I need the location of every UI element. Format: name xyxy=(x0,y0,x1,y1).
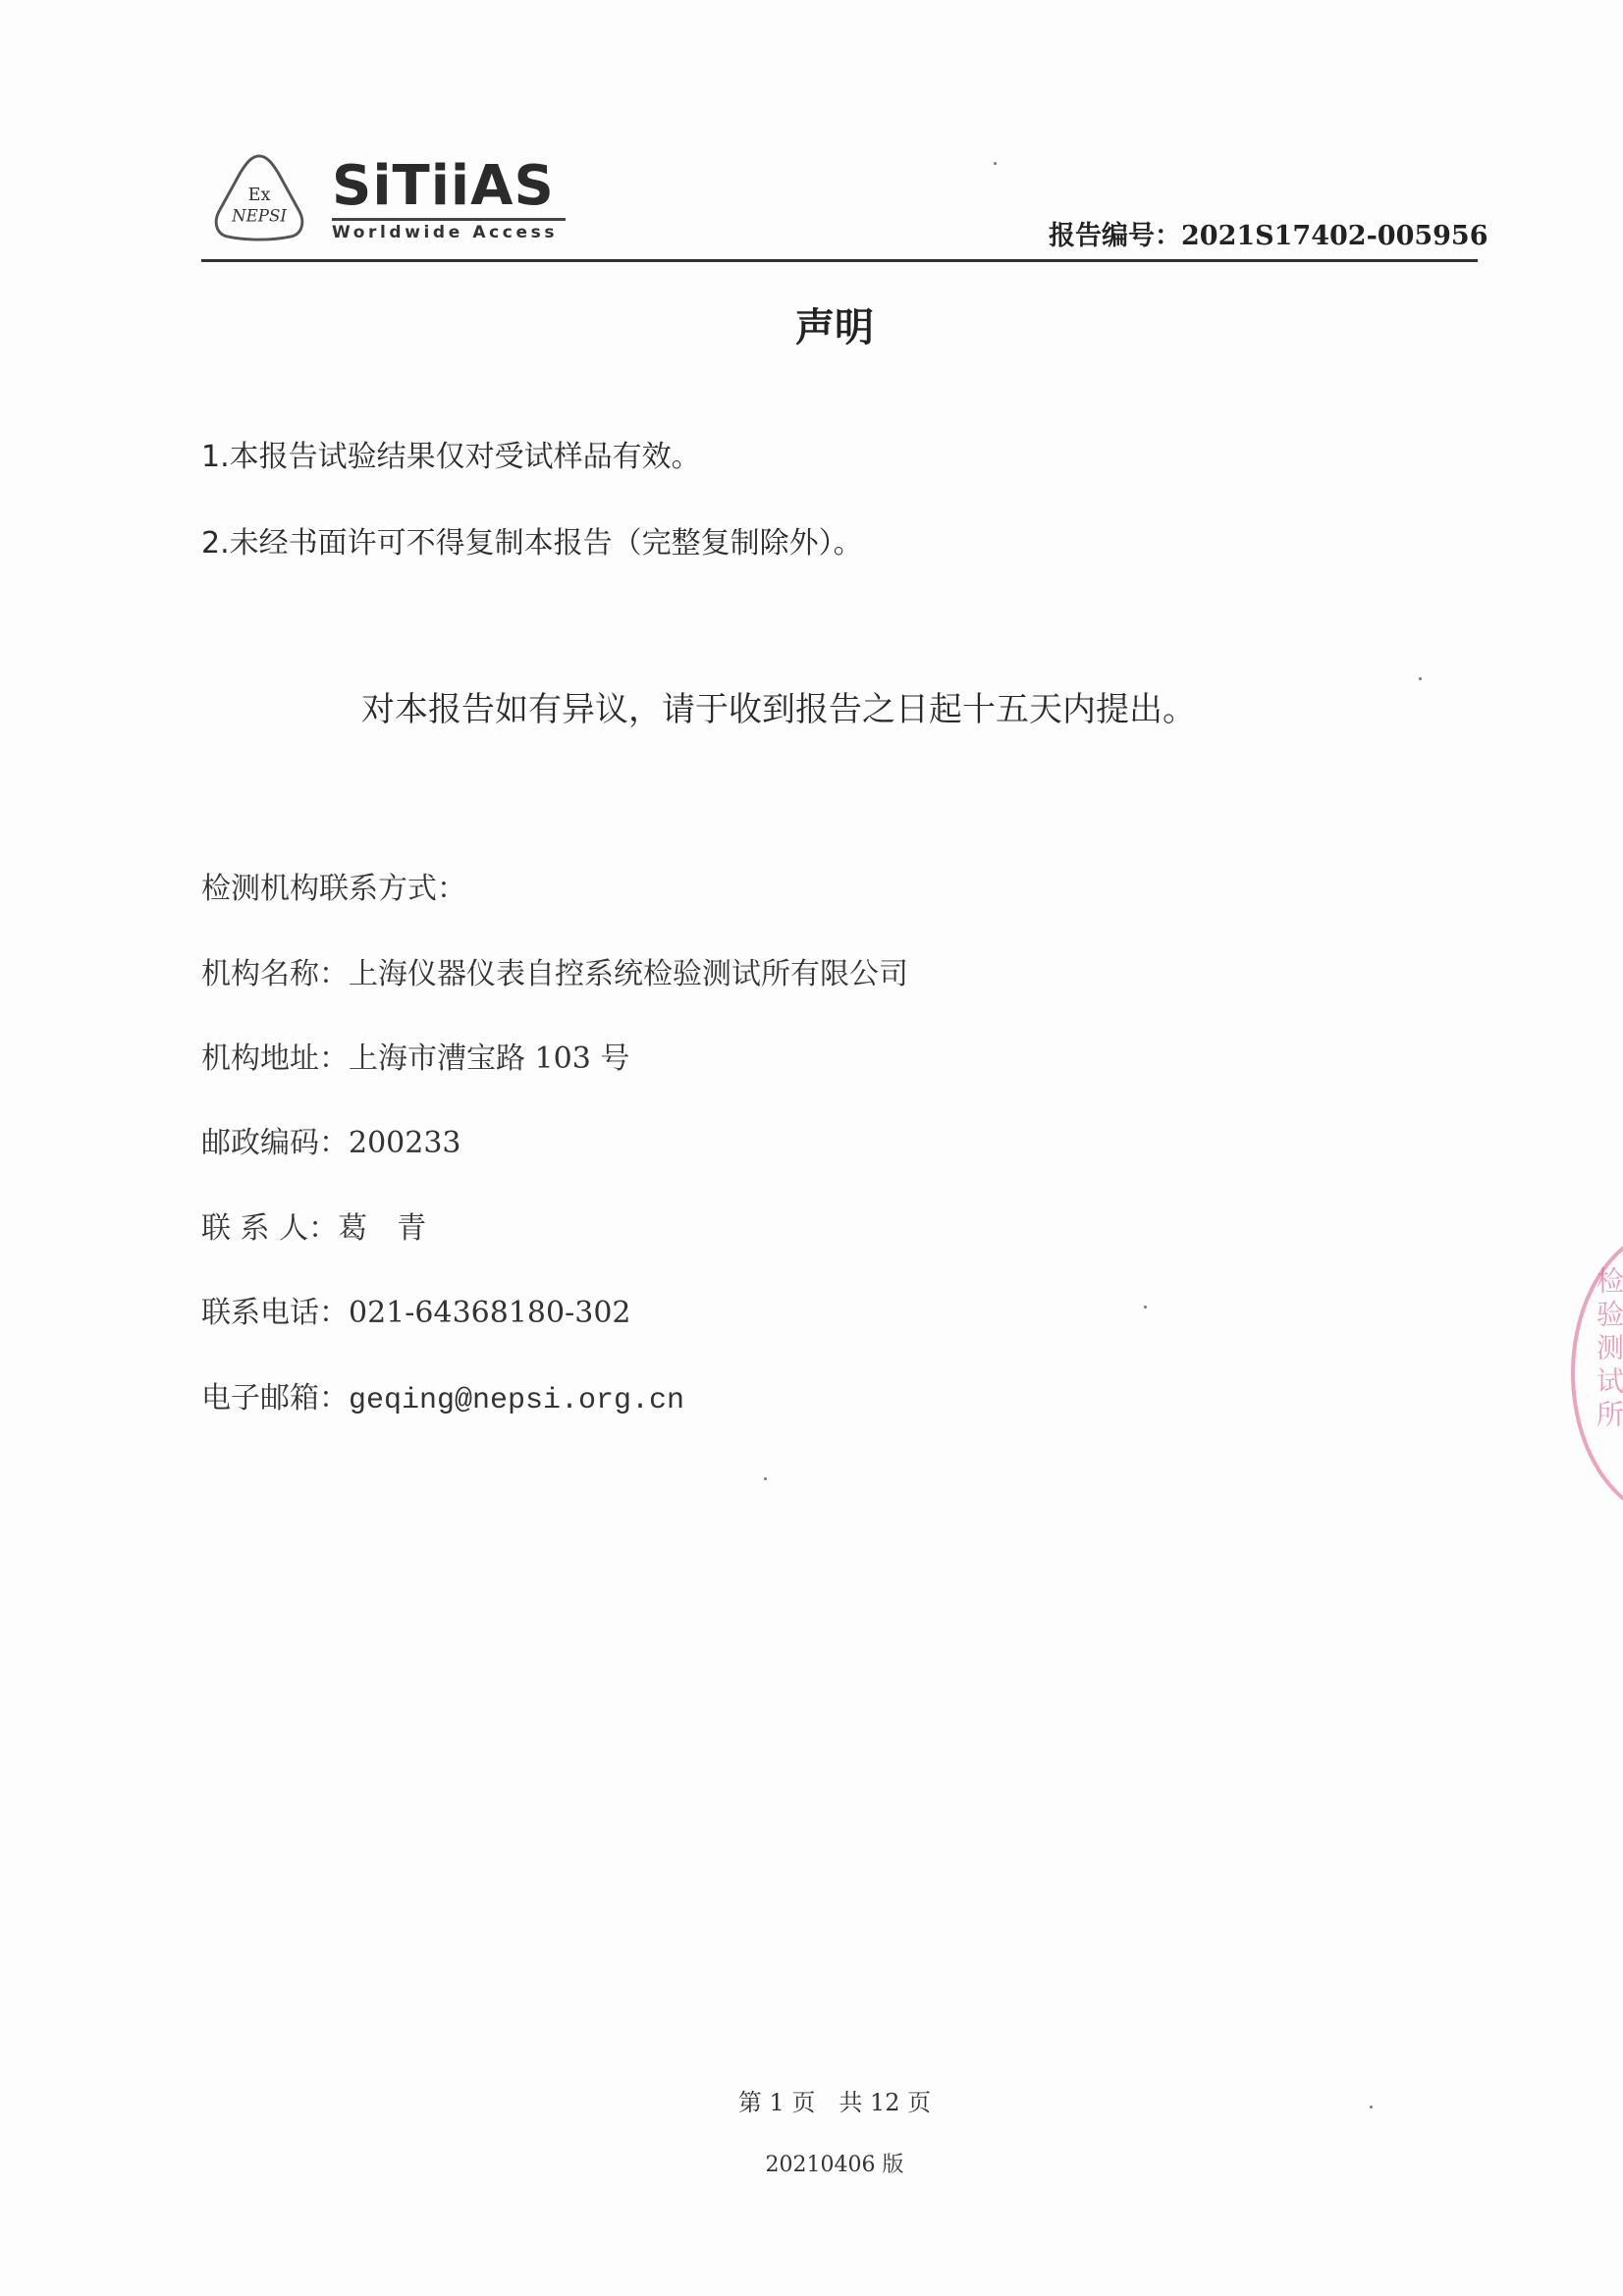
contact-row-person: 联 系 人：葛 青 xyxy=(201,1203,426,1247)
scan-speck xyxy=(994,162,997,165)
contact-row-org-name: 机构名称：上海仪器仪表自控系统检验测试所有限公司 xyxy=(201,949,908,992)
statement-1: 1.本报告试验结果仅对受试样品有效。 xyxy=(201,432,701,475)
scan-speck xyxy=(1419,677,1422,680)
scan-speck xyxy=(1370,2106,1373,2109)
contact-person-label: 联 系 人： xyxy=(201,1203,338,1247)
scan-speck xyxy=(1144,1306,1147,1308)
header-divider xyxy=(201,259,1478,262)
ex-triangle-emblem-icon: Ex NEPSI xyxy=(211,152,307,242)
contact-row-address: 机构地址：上海市漕宝路 103 号 xyxy=(201,1034,629,1077)
brand-name: SiTiiAS xyxy=(332,159,566,214)
scan-speck xyxy=(764,1477,767,1480)
address-label: 机构地址： xyxy=(201,1034,349,1077)
phone-label: 联系电话： xyxy=(201,1288,349,1331)
org-name-value: 上海仪器仪表自控系统检验测试所有限公司 xyxy=(349,949,908,992)
version-label: 20210406 版 xyxy=(0,2148,1623,2178)
objection-note: 对本报告如有异议，请于收到报告之日起十五天内提出。 xyxy=(361,682,1196,730)
seal-text: 检验测试所 xyxy=(1589,1266,1623,1433)
contact-person-value: 葛 青 xyxy=(338,1203,426,1247)
postcode-value: 200233 xyxy=(349,1126,461,1160)
statement-2: 2.未经书面许可不得复制本报告（完整复制除外）。 xyxy=(201,518,863,561)
report-number-label: 报告编号： xyxy=(1049,221,1181,251)
email-value: geqing@nepsi.org.cn xyxy=(349,1384,684,1417)
email-label: 电子邮箱： xyxy=(201,1373,349,1416)
ex-nepsi-logo: Ex NEPSI xyxy=(211,152,307,242)
report-number-value: 2021S17402-005956 xyxy=(1181,221,1488,251)
contact-row-email: 电子邮箱：geqing@nepsi.org.cn xyxy=(201,1373,684,1417)
page-title: 声明 xyxy=(0,296,1623,352)
brand-divider xyxy=(332,218,566,221)
sitiias-brand: SiTiiAS Worldwide Access xyxy=(332,159,566,242)
contact-heading: 检测机构联系方式： xyxy=(201,864,466,907)
svg-text:Ex: Ex xyxy=(248,186,271,205)
page-number: 第 1 页 共 12 页 xyxy=(0,2083,1623,2117)
org-name-label: 机构名称： xyxy=(201,949,349,992)
phone-value: 021-64368180-302 xyxy=(349,1296,631,1330)
contact-row-phone: 联系电话：021-64368180-302 xyxy=(201,1288,631,1331)
address-value: 上海市漕宝路 103 号 xyxy=(349,1034,629,1077)
brand-tagline: Worldwide Access xyxy=(332,223,566,242)
report-number: 报告编号：2021S17402-005956 xyxy=(1049,214,1488,252)
contact-row-postcode: 邮政编码：200233 xyxy=(201,1118,461,1161)
postcode-label: 邮政编码： xyxy=(201,1118,349,1161)
svg-text:NEPSI: NEPSI xyxy=(231,206,287,225)
